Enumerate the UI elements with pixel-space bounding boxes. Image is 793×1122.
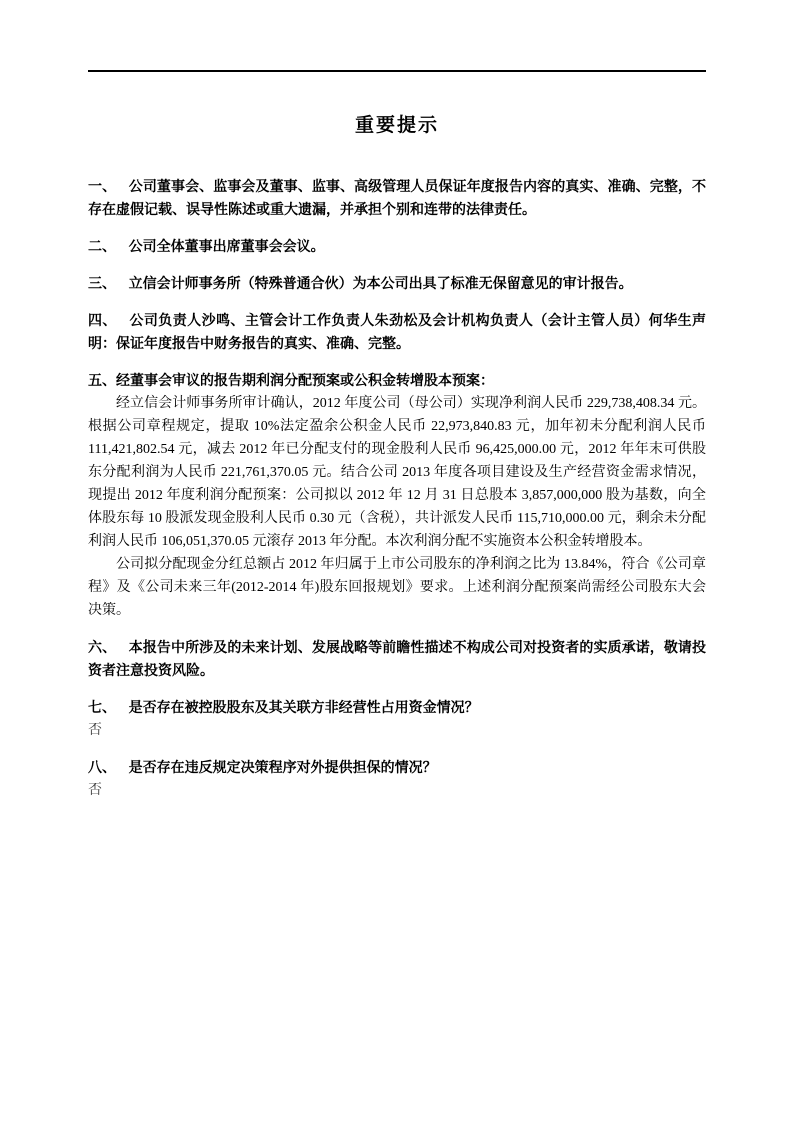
section-5-body-paragraph-2: 公司拟分配现金分红总额占 2012 年归属于上市公司股东的净利润之比为 13.8… [88,553,706,622]
section-4-heading: 四、公司负责人沙鸣、主管会计工作负责人朱劲松及会计机构负责人（会计主管人员）何华… [88,309,706,355]
section-8-heading: 八、是否存在违反规定决策程序对外提供担保的情况？ [88,756,706,779]
section-1-heading-text: 公司董事会、监事会及董事、监事、高级管理人员保证年度报告内容的真实、准确、完整，… [88,178,706,217]
section-2-heading: 二、公司全体董事出席董事会会议。 [88,235,706,258]
section-5-heading: 五、经董事会审议的报告期利润分配预案或公积金转增股本预案： [88,369,706,392]
section-3-heading-text: 立信会计师事务所（特殊普通合伙）为本公司出具了标准无保留意见的审计报告。 [129,275,633,291]
section-5-body-paragraph-1: 经立信会计师事务所审计确认，2012 年度公司（母公司）实现净利润人民币 229… [88,392,706,553]
section-4-heading-text: 公司负责人沙鸣、主管会计工作负责人朱劲松及会计机构负责人（会计主管人员）何华生声… [88,312,706,351]
section-7-heading: 七、是否存在被控股股东及其关联方非经营性占用资金情况？ [88,696,706,719]
section-6-heading: 六、本报告中所涉及的未来计划、发展战略等前瞻性描述不构成公司对投资者的实质承诺，… [88,636,706,682]
section-7: 七、是否存在被控股股东及其关联方非经营性占用资金情况？ 否 [88,696,706,742]
section-8-heading-text: 是否存在违反规定决策程序对外提供担保的情况？ [129,759,437,775]
document-content: 一、公司董事会、监事会及董事、监事、高级管理人员保证年度报告内容的真实、准确、完… [88,175,706,802]
header-rule [88,70,706,72]
section-3-number: 三、 [88,275,116,291]
document-page: 重要提示 一、公司董事会、监事会及董事、监事、高级管理人员保证年度报告内容的真实… [88,0,706,816]
section-2-number: 二、 [88,238,116,254]
section-7-answer: 否 [88,719,706,742]
section-6-number: 六、 [88,639,116,655]
section-5-heading-text: 经董事会审议的报告期利润分配预案或公积金转增股本预案： [116,372,494,388]
section-8-number: 八、 [88,759,116,775]
section-2: 二、公司全体董事出席董事会会议。 [88,235,706,258]
section-7-heading-text: 是否存在被控股股东及其关联方非经营性占用资金情况？ [129,699,479,715]
section-3-heading: 三、立信会计师事务所（特殊普通合伙）为本公司出具了标准无保留意见的审计报告。 [88,272,706,295]
section-7-number: 七、 [88,699,116,715]
section-6: 六、本报告中所涉及的未来计划、发展战略等前瞻性描述不构成公司对投资者的实质承诺，… [88,636,706,682]
section-1-number: 一、 [88,178,116,194]
section-8: 八、是否存在违反规定决策程序对外提供担保的情况？ 否 [88,756,706,802]
section-6-heading-text: 本报告中所涉及的未来计划、发展战略等前瞻性描述不构成公司对投资者的实质承诺，敬请… [88,639,706,678]
section-1: 一、公司董事会、监事会及董事、监事、高级管理人员保证年度报告内容的真实、准确、完… [88,175,706,221]
section-5: 五、经董事会审议的报告期利润分配预案或公积金转增股本预案： 经立信会计师事务所审… [88,369,706,622]
section-2-heading-text: 公司全体董事出席董事会会议。 [129,238,325,254]
section-4-number: 四、 [88,312,117,328]
section-3: 三、立信会计师事务所（特殊普通合伙）为本公司出具了标准无保留意见的审计报告。 [88,272,706,295]
section-4: 四、公司负责人沙鸣、主管会计工作负责人朱劲松及会计机构负责人（会计主管人员）何华… [88,309,706,355]
section-5-number: 五、 [88,372,116,388]
page-title: 重要提示 [88,110,706,137]
section-8-answer: 否 [88,779,706,802]
section-1-heading: 一、公司董事会、监事会及董事、监事、高级管理人员保证年度报告内容的真实、准确、完… [88,175,706,221]
